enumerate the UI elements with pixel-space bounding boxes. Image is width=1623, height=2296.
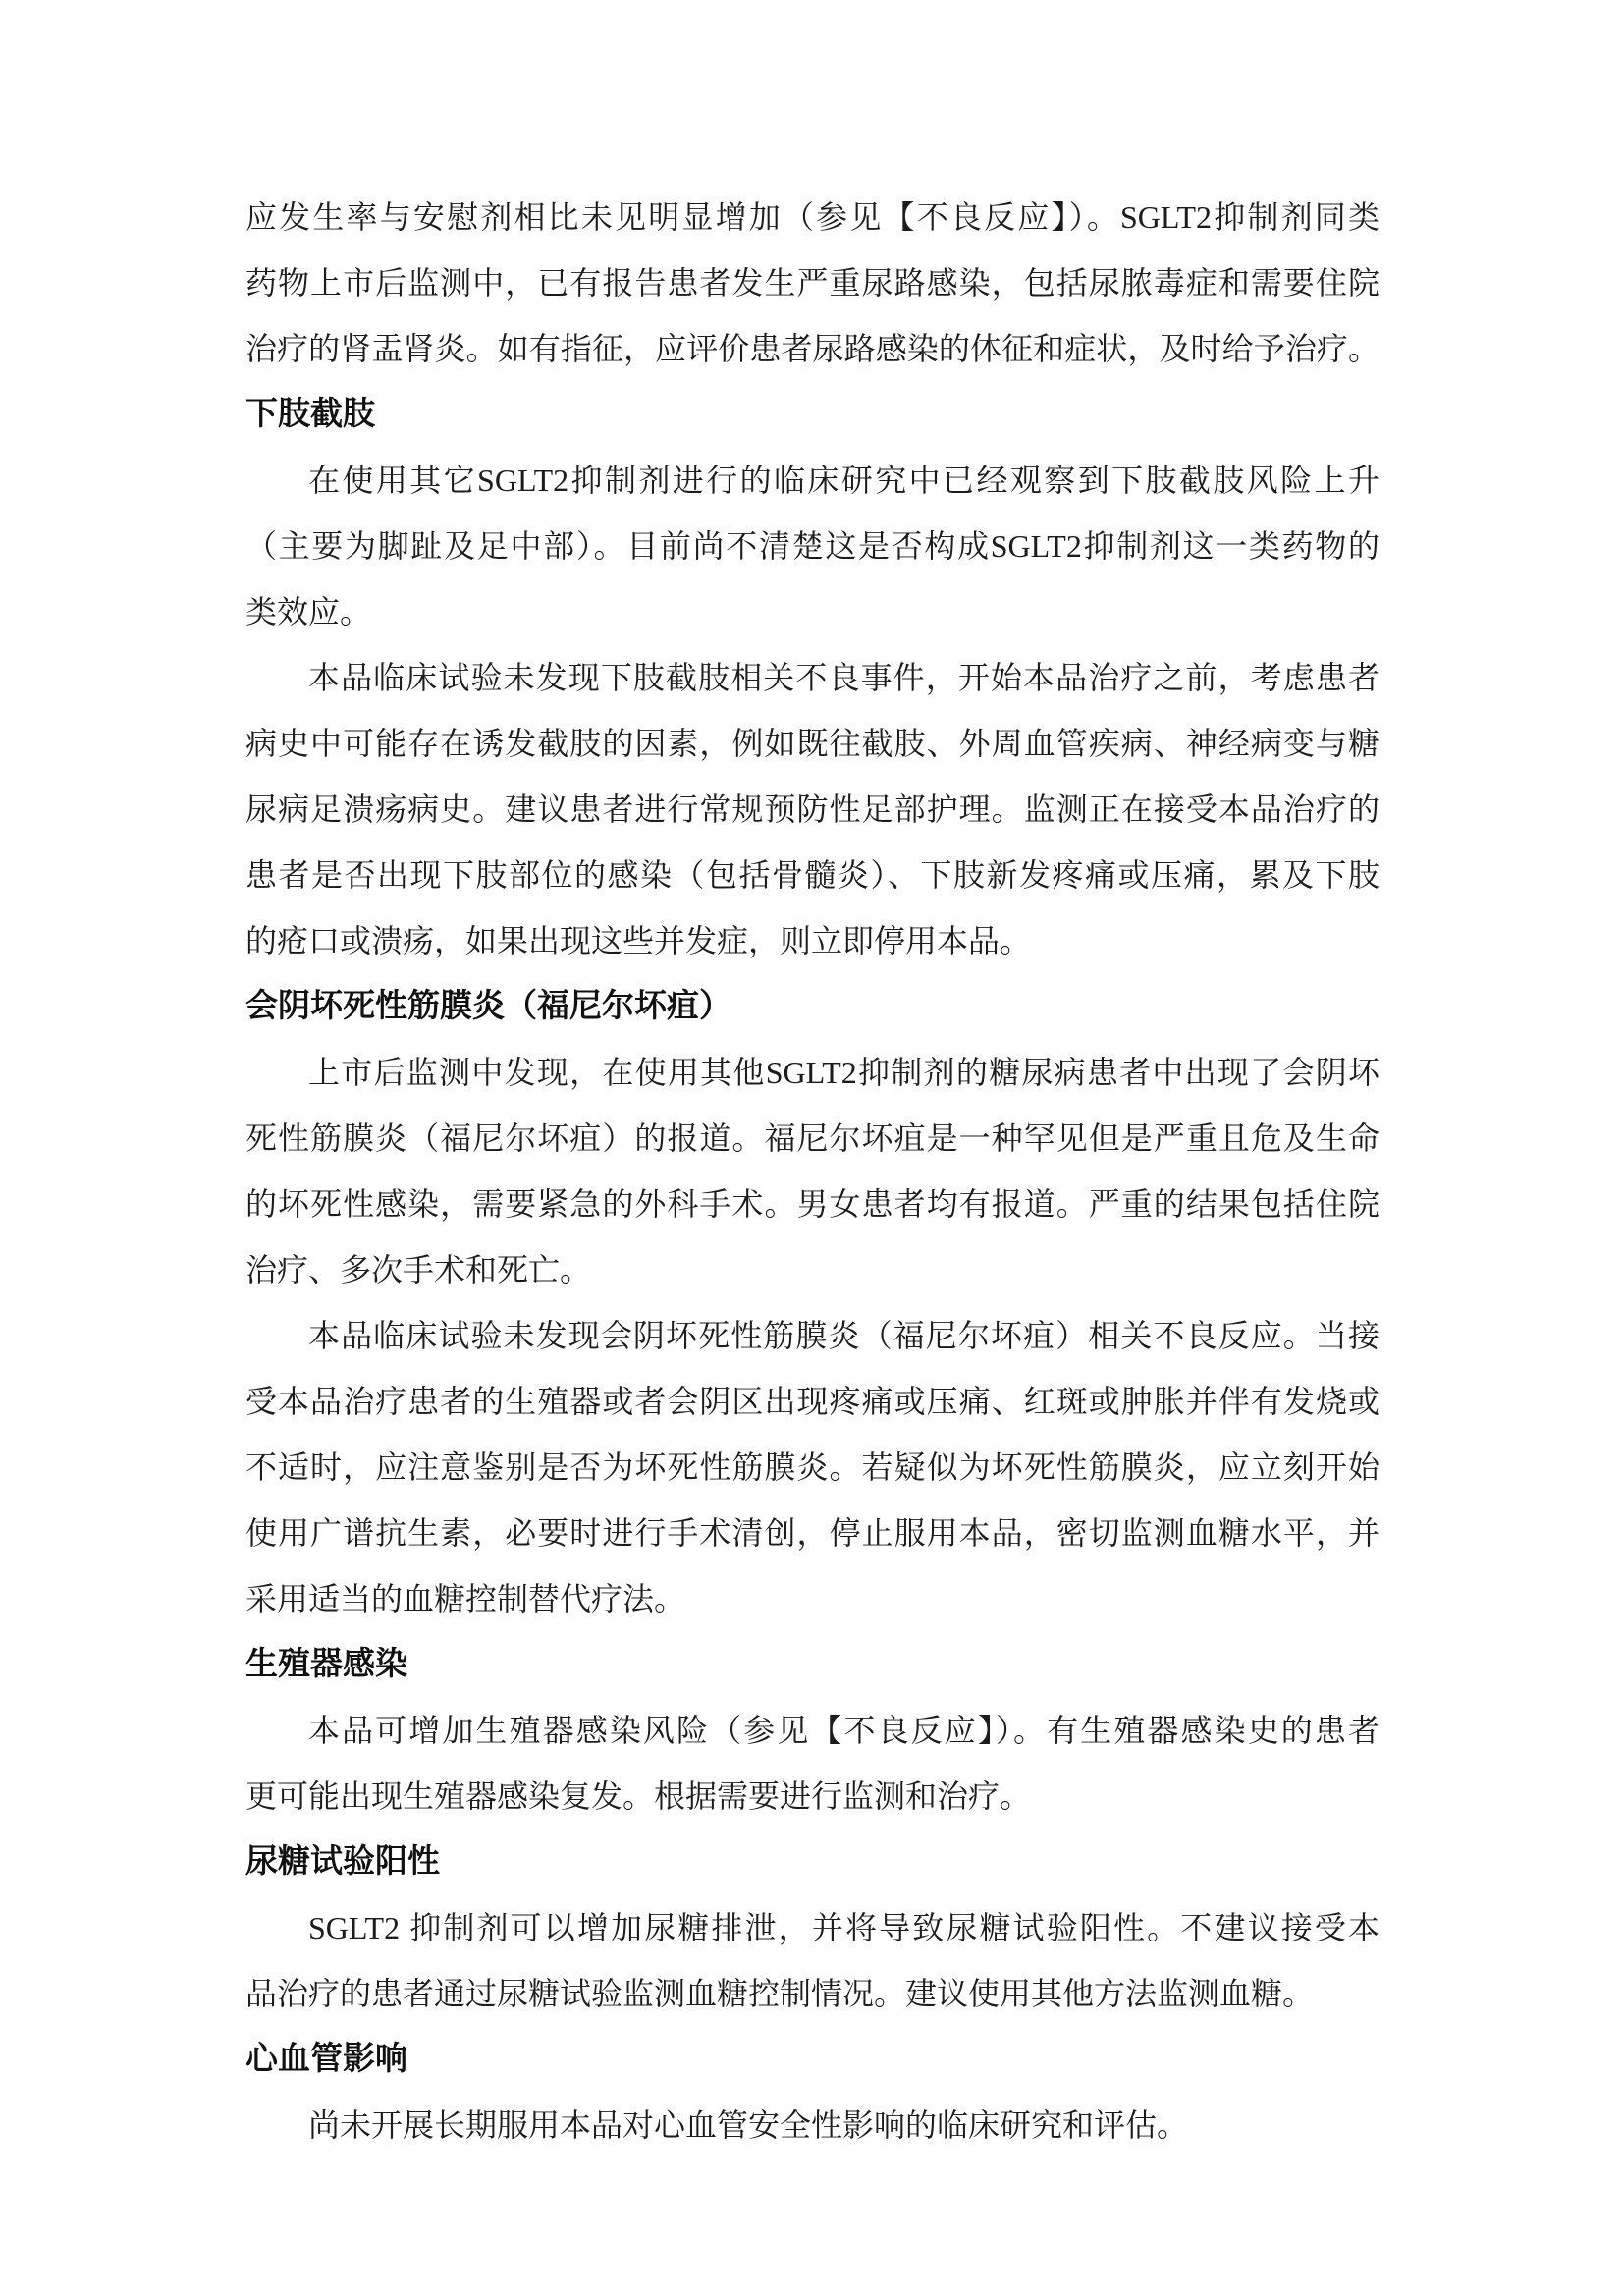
paragraph-line: 本品可增加生殖器感染风险（参见【不良反应】）。有生殖器感染史的患者	[245, 1698, 1380, 1764]
paragraph-line: 本品临床试验未发现会阴坏死性筋膜炎（福尼尔坏疽）相关不良反应。当接	[245, 1303, 1380, 1369]
section-heading: 尿糖试验阳性	[245, 1830, 1380, 1895]
document-page: 应发生率与安慰剂相比未见明显增加（参见【不良反应】）。SGLT2抑制剂同类药物上…	[0, 0, 1623, 2296]
paragraph-line: 患者是否出现下肢部位的感染（包括骨髓炎）、下肢新发疼痛或压痛，累及下肢	[245, 843, 1380, 908]
paragraph-line: （主要为脚趾及足中部）。目前尚不清楚这是否构成SGLT2抑制剂这一类药物的	[245, 514, 1380, 579]
paragraph-line: 上市后监测中发现，在使用其他SGLT2抑制剂的糖尿病患者中出现了会阴坏	[245, 1040, 1380, 1106]
paragraph-line: 使用广谱抗生素，必要时进行手术清创，停止服用本品，密切监测血糖水平，并	[245, 1501, 1380, 1566]
section-heading: 下肢截肢	[245, 382, 1380, 448]
paragraph-line: 品治疗的患者通过尿糖试验监测血糖控制情况。建议使用其他方法监测血糖。	[245, 1961, 1380, 2027]
paragraph-line: 本品临床试验未发现下肢截肢相关不良事件，开始本品治疗之前，考虑患者	[245, 645, 1380, 711]
paragraph-line: 死性筋膜炎（福尼尔坏疽）的报道。福尼尔坏疽是一种罕见但是严重且危及生命	[245, 1106, 1380, 1172]
paragraph-line: 应发生率与安慰剂相比未见明显增加（参见【不良反应】）。SGLT2抑制剂同类	[245, 185, 1380, 250]
paragraph-line: 治疗、多次手术和死亡。	[245, 1237, 1380, 1303]
paragraph-line: 的疮口或溃疡，如果出现这些并发症，则立即停用本品。	[245, 908, 1380, 974]
paragraph-line: 类效应。	[245, 579, 1380, 645]
section-heading: 生殖器感染	[245, 1632, 1380, 1698]
paragraph-line: 更可能出现生殖器感染复发。根据需要进行监测和治疗。	[245, 1764, 1380, 1830]
paragraph-line: 治疗的肾盂肾炎。如有指征，应评价患者尿路感染的体征和症状，及时给予治疗。	[245, 316, 1380, 382]
paragraph-line: 受本品治疗患者的生殖器或者会阴区出现疼痛或压痛、红斑或肿胀并伴有发烧或	[245, 1369, 1380, 1435]
paragraph-line: 药物上市后监测中，已有报告患者发生严重尿路感染，包括尿脓毒症和需要住院	[245, 250, 1380, 316]
document-body: 应发生率与安慰剂相比未见明显增加（参见【不良反应】）。SGLT2抑制剂同类药物上…	[245, 185, 1380, 2159]
paragraph-line: 病史中可能存在诱发截肢的因素，例如既往截肢、外周血管疾病、神经病变与糖	[245, 711, 1380, 777]
paragraph-line: 采用适当的血糖控制替代疗法。	[245, 1566, 1380, 1632]
paragraph-line: 在使用其它SGLT2抑制剂进行的临床研究中已经观察到下肢截肢风险上升	[245, 448, 1380, 514]
paragraph-line: SGLT2 抑制剂可以增加尿糖排泄，并将导致尿糖试验阳性。不建议接受本	[245, 1895, 1380, 1961]
paragraph-line: 的坏死性感染，需要紧急的外科手术。男女患者均有报道。严重的结果包括住院	[245, 1172, 1380, 1237]
paragraph-line: 不适时，应注意鉴别是否为坏死性筋膜炎。若疑似为坏死性筋膜炎，应立刻开始	[245, 1435, 1380, 1501]
paragraph-line: 尿病足溃疡病史。建议患者进行常规预防性足部护理。监测正在接受本品治疗的	[245, 777, 1380, 843]
section-heading: 会阴坏死性筋膜炎（福尼尔坏疽）	[245, 974, 1380, 1040]
section-heading: 心血管影响	[245, 2027, 1380, 2093]
paragraph-line: 尚未开展长期服用本品对心血管安全性影响的临床研究和评估。	[245, 2093, 1380, 2159]
